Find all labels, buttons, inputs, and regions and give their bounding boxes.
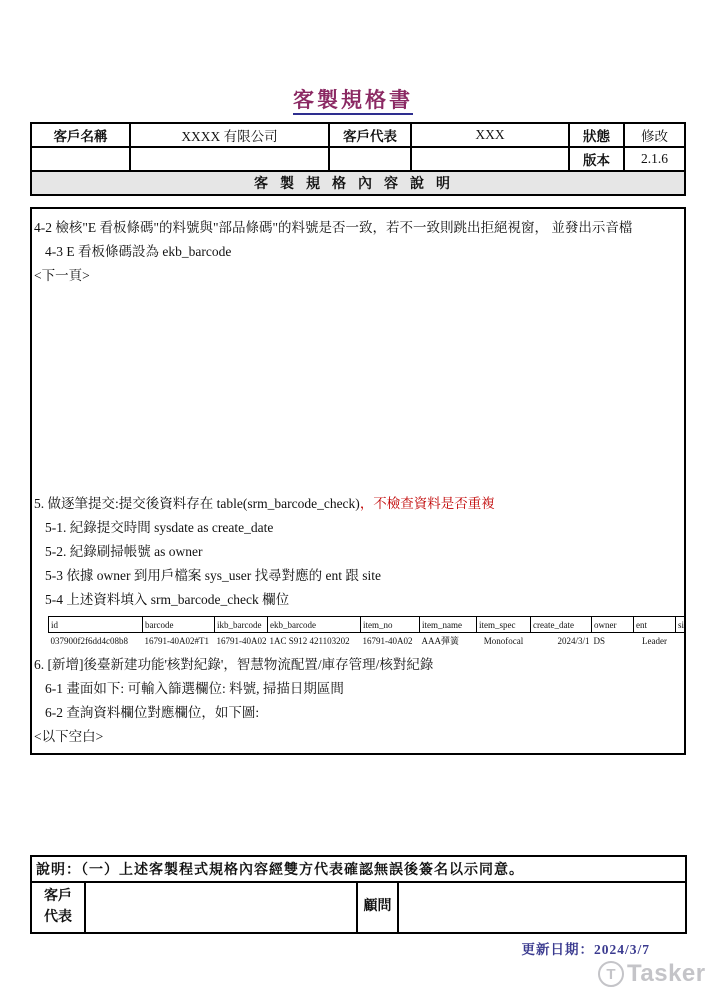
record-table-header-row: id barcode ikb_barcode ekb_barcode item_… bbox=[49, 617, 687, 633]
content-line-5-4: 5-4 上述資料填入 srm_barcode_check 欄位 bbox=[34, 588, 684, 612]
header-table: 客戶名稱 XXXX 有限公司 客戶代表 XXX 狀態 修改 版本 2.1.6 客… bbox=[30, 122, 686, 196]
customer-name-value: XXXX 有限公司 bbox=[130, 123, 329, 147]
tasker-brand-text: Tasker bbox=[627, 960, 706, 988]
content-next-page: <下一頁> bbox=[34, 264, 684, 288]
consultant-sign-label: 顧問 bbox=[357, 882, 398, 933]
blank-gap bbox=[34, 288, 684, 492]
record-header-ikb-barcode: ikb_barcode bbox=[215, 617, 268, 633]
content-line-5-red-note: ，不檢查資料是否重複 bbox=[360, 496, 495, 511]
customer-rep-sign-label-line2: 代表 bbox=[36, 908, 80, 928]
content-line-5-2: 5-2. 紀錄刷掃帳號 as owner bbox=[34, 540, 684, 564]
record-cell-item-name: AAA彈簧 bbox=[420, 633, 477, 649]
record-header-barcode: barcode bbox=[143, 617, 215, 633]
signature-note: 說明：（一）上述客製程式規格內容經雙方代表確認無誤後簽名以示同意。 bbox=[31, 856, 686, 882]
content-line-5-main: 5. 做逐筆提交:提交後資料存在 table(srm_barcode_check… bbox=[34, 496, 360, 511]
content-line-5: 5. 做逐筆提交:提交後資料存在 table(srm_barcode_check… bbox=[34, 492, 684, 516]
header-row-1: 客戶名稱 XXXX 有限公司 客戶代表 XXX 狀態 修改 bbox=[31, 123, 685, 147]
empty-cell bbox=[31, 147, 130, 171]
status-value: 修改 bbox=[624, 123, 685, 147]
signature-table: 說明：（一）上述客製程式規格內容經雙方代表確認無誤後簽名以示同意。 客戶 代表 … bbox=[30, 855, 687, 934]
empty-cell bbox=[329, 147, 411, 171]
customer-rep-sign-area bbox=[85, 882, 357, 933]
record-cell-ekb-barcode: 1AC S912 421103202 bbox=[268, 633, 361, 649]
version-label: 版本 bbox=[569, 147, 624, 171]
record-cell-item-no: 16791-40A02 bbox=[361, 633, 420, 649]
record-header-item-no: item_no bbox=[361, 617, 420, 633]
tasker-watermark: T Tasker bbox=[598, 960, 706, 988]
record-table: id barcode ikb_barcode ekb_barcode item_… bbox=[48, 616, 686, 648]
empty-cell bbox=[130, 147, 329, 171]
record-cell-barcode: 16791-40A02#T1 bbox=[143, 633, 215, 649]
signature-note-row: 說明：（一）上述客製程式規格內容經雙方代表確認無誤後簽名以示同意。 bbox=[31, 856, 686, 882]
record-cell-ikb-barcode: 16791-40A02 bbox=[215, 633, 268, 649]
record-cell-item-spec: Monofocal bbox=[477, 633, 531, 649]
consultant-sign-area bbox=[398, 882, 686, 933]
record-header-item-spec: item_spec bbox=[477, 617, 531, 633]
content-line-4-2: 4-2 檢核"E 看板條碼"的料號與"部品條碼"的料號是否一致，若不一致則跳出拒… bbox=[34, 216, 684, 240]
content-line-5-1: 5-1. 紀錄提交時間 sysdate as create_date bbox=[34, 516, 684, 540]
content-below-blank: <以下空白> bbox=[34, 725, 684, 749]
record-header-site: site bbox=[676, 617, 687, 633]
version-value: 2.1.6 bbox=[624, 147, 685, 171]
record-cell-ent: Leader bbox=[634, 633, 676, 649]
page-title-text: 客製規格書 bbox=[293, 88, 413, 115]
header-row-2: 版本 2.1.6 bbox=[31, 147, 685, 171]
record-cell-site: 1 bbox=[676, 633, 687, 649]
signature-row: 客戶 代表 顧問 bbox=[31, 882, 686, 933]
tasker-logo-icon: T bbox=[598, 961, 624, 987]
content-line-5-3: 5-3 依據 owner 到用戶檔案 sys_user 找尋對應的 ent 跟 … bbox=[34, 564, 684, 588]
customer-name-label: 客戶名稱 bbox=[31, 123, 130, 147]
record-cell-id: 037900f2f6dd4c08b8 bbox=[49, 633, 143, 649]
page-title: 客製規格書 bbox=[0, 84, 706, 114]
record-header-id: id bbox=[49, 617, 143, 633]
empty-cell bbox=[411, 147, 569, 171]
customer-rep-label: 客戶代表 bbox=[329, 123, 411, 147]
content-line-6-1: 6-1 畫面如下: 可輸入篩選欄位: 料號, 掃描日期區間 bbox=[34, 677, 684, 701]
record-header-ent: ent bbox=[634, 617, 676, 633]
customer-rep-sign-label-line1: 客戶 bbox=[36, 887, 80, 907]
update-date: 更新日期：2024/3/7 bbox=[0, 938, 650, 958]
customer-rep-value: XXX bbox=[411, 123, 569, 147]
spec-content-box: 4-2 檢核"E 看板條碼"的料號與"部品條碼"的料號是否一致，若不一致則跳出拒… bbox=[30, 207, 686, 755]
record-cell-create-date: 2024/3/1 bbox=[531, 633, 592, 649]
record-header-ekb-barcode: ekb_barcode bbox=[268, 617, 361, 633]
record-cell-owner: DS bbox=[592, 633, 634, 649]
content-line-6-2: 6-2 查詢資料欄位對應欄位，如下圖: bbox=[34, 701, 684, 725]
record-header-item-name: item_name bbox=[420, 617, 477, 633]
content-line-4-3: 4-3 E 看板條碼設為 ekb_barcode bbox=[34, 240, 684, 264]
section-title: 客製規格內容說明 bbox=[31, 171, 685, 195]
status-label: 狀態 bbox=[569, 123, 624, 147]
record-table-data-row: 037900f2f6dd4c08b8 16791-40A02#T1 16791-… bbox=[49, 633, 687, 649]
customer-rep-sign-label: 客戶 代表 bbox=[31, 882, 85, 933]
section-title-row: 客製規格內容說明 bbox=[31, 171, 685, 195]
record-header-create-date: create_date bbox=[531, 617, 592, 633]
content-line-6: 6. [新增]後臺新建功能'核對紀錄'，智慧物流配置/庫存管理/核對紀錄 bbox=[34, 653, 684, 677]
record-header-owner: owner bbox=[592, 617, 634, 633]
